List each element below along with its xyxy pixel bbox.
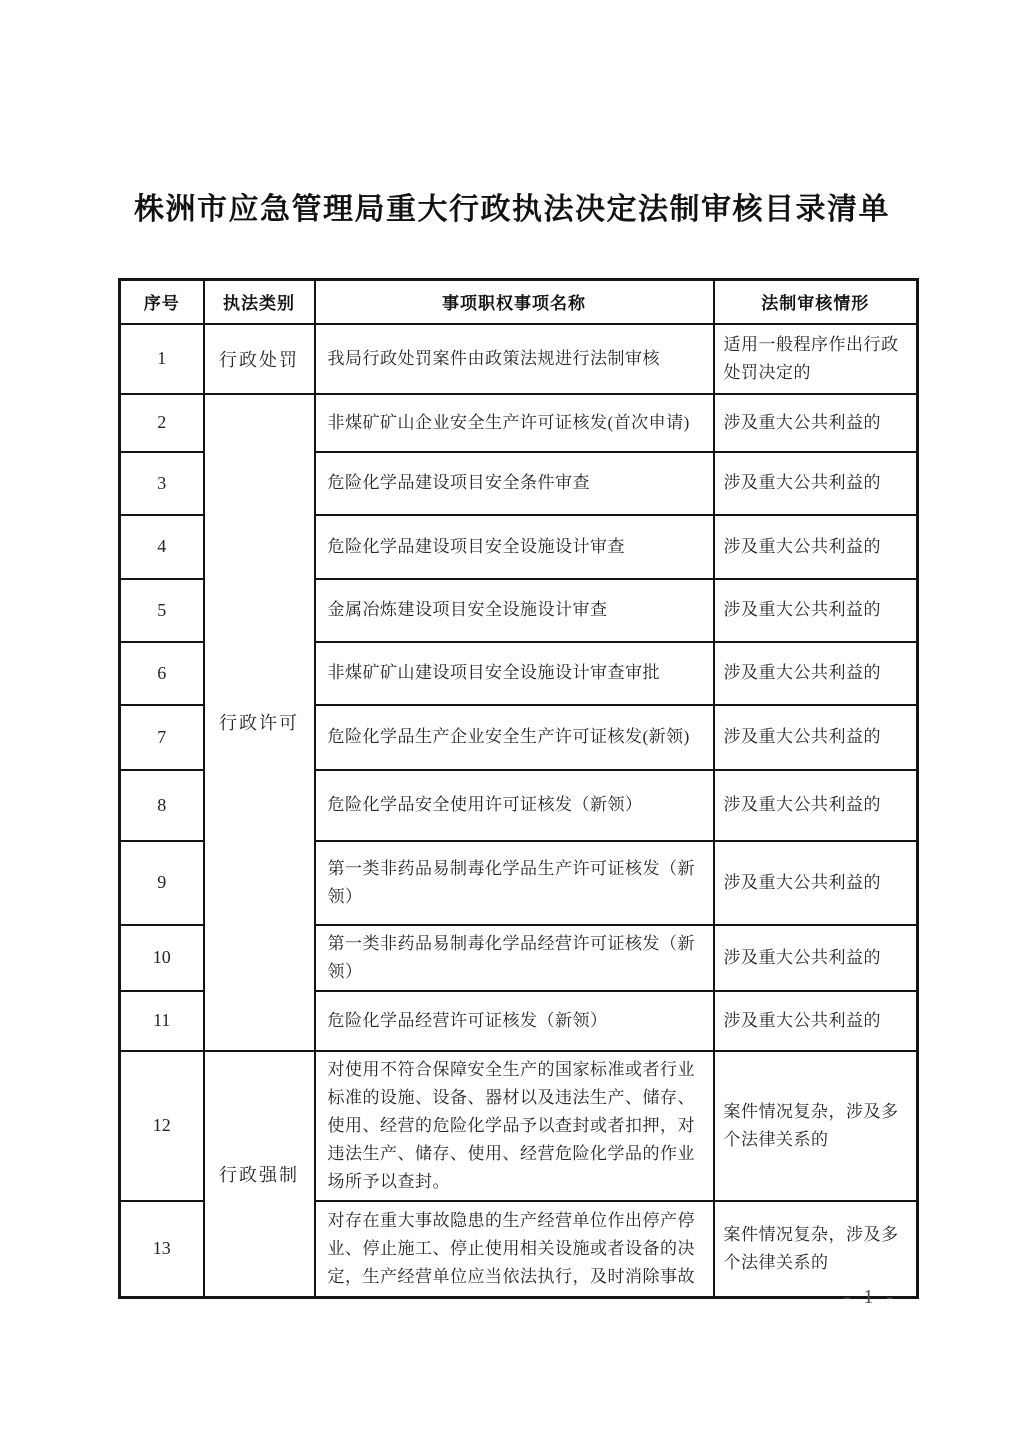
seq-cell: 3: [120, 452, 204, 515]
review-cell: 涉及重大公共利益的: [714, 925, 918, 991]
category-cell-penalty: 行政处罚: [204, 324, 315, 394]
item-cell: 第一类非药品易制毒化学品生产许可证核发（新领）: [315, 841, 714, 925]
seq-cell: 7: [120, 705, 204, 770]
document-title: 株洲市应急管理局重大行政执法决定法制审核目录清单: [0, 184, 1024, 228]
item-cell: 对存在重大事故隐患的生产经营单位作出停产停业、停止施工、停止使用相关设施或者设备…: [315, 1201, 714, 1298]
item-cell: 危险化学品生产企业安全生产许可证核发(新领): [315, 705, 714, 770]
review-cell: 案件情况复杂，涉及多个法律关系的: [714, 1051, 918, 1201]
item-cell: 危险化学品建设项目安全设施设计审查: [315, 515, 714, 579]
review-cell: 涉及重大公共利益的: [714, 841, 918, 925]
header-category: 执法类别: [204, 280, 315, 324]
category-cell-coercion: 行政强制: [204, 1051, 315, 1298]
review-cell: 案件情况复杂，涉及多个法律关系的: [714, 1201, 918, 1298]
seq-cell: 4: [120, 515, 204, 579]
header-item-name: 事项职权事项名称: [315, 280, 714, 324]
item-cell: 对使用不符合保障安全生产的国家标准或者行业标准的设施、设备、器材以及违法生产、储…: [315, 1051, 714, 1201]
category-cell-license: 行政许可: [204, 394, 315, 1051]
seq-cell: 12: [120, 1051, 204, 1201]
item-cell: 危险化学品安全使用许可证核发（新领）: [315, 770, 714, 841]
item-cell: 非煤矿矿山建设项目安全设施设计审查审批: [315, 642, 714, 705]
table-header-row: 序号 执法类别 事项职权事项名称 法制审核情形: [120, 280, 918, 324]
seq-cell: 9: [120, 841, 204, 925]
review-cell: 涉及重大公共利益的: [714, 452, 918, 515]
seq-cell: 8: [120, 770, 204, 841]
item-cell: 我局行政处罚案件由政策法规进行法制审核: [315, 324, 714, 394]
review-cell: 涉及重大公共利益的: [714, 515, 918, 579]
seq-cell: 5: [120, 579, 204, 642]
table-row: 12 行政强制 对使用不符合保障安全生产的国家标准或者行业标准的设施、设备、器材…: [120, 1051, 918, 1201]
review-cell: 适用一般程序作出行政处罚决定的: [714, 324, 918, 394]
review-cell: 涉及重大公共利益的: [714, 394, 918, 452]
header-review-situation: 法制审核情形: [714, 280, 918, 324]
review-cell: 涉及重大公共利益的: [714, 770, 918, 841]
seq-cell: 2: [120, 394, 204, 452]
seq-cell: 10: [120, 925, 204, 991]
seq-cell: 1: [120, 324, 204, 394]
table-row: 2 行政许可 非煤矿矿山企业安全生产许可证核发(首次申请) 涉及重大公共利益的: [120, 394, 918, 452]
review-cell: 涉及重大公共利益的: [714, 991, 918, 1051]
header-seq: 序号: [120, 280, 204, 324]
page-number: - 1 -: [844, 1286, 897, 1309]
item-cell: 第一类非药品易制毒化学品经营许可证核发（新领）: [315, 925, 714, 991]
review-cell: 涉及重大公共利益的: [714, 579, 918, 642]
seq-cell: 11: [120, 991, 204, 1051]
document-page: 株洲市应急管理局重大行政执法决定法制审核目录清单 序号 执法类别 事项职权事项名…: [0, 0, 1024, 1448]
item-cell: 金属冶炼建设项目安全设施设计审查: [315, 579, 714, 642]
seq-cell: 13: [120, 1201, 204, 1298]
item-cell: 危险化学品经营许可证核发（新领）: [315, 991, 714, 1051]
review-cell: 涉及重大公共利益的: [714, 642, 918, 705]
seq-cell: 6: [120, 642, 204, 705]
item-cell: 危险化学品建设项目安全条件审查: [315, 452, 714, 515]
review-cell: 涉及重大公共利益的: [714, 705, 918, 770]
item-cell: 非煤矿矿山企业安全生产许可证核发(首次申请): [315, 394, 714, 452]
legal-review-catalog-table: 序号 执法类别 事项职权事项名称 法制审核情形 1 行政处罚 我局行政处罚案件由…: [118, 278, 919, 1299]
table-row: 1 行政处罚 我局行政处罚案件由政策法规进行法制审核 适用一般程序作出行政处罚决…: [120, 324, 918, 394]
